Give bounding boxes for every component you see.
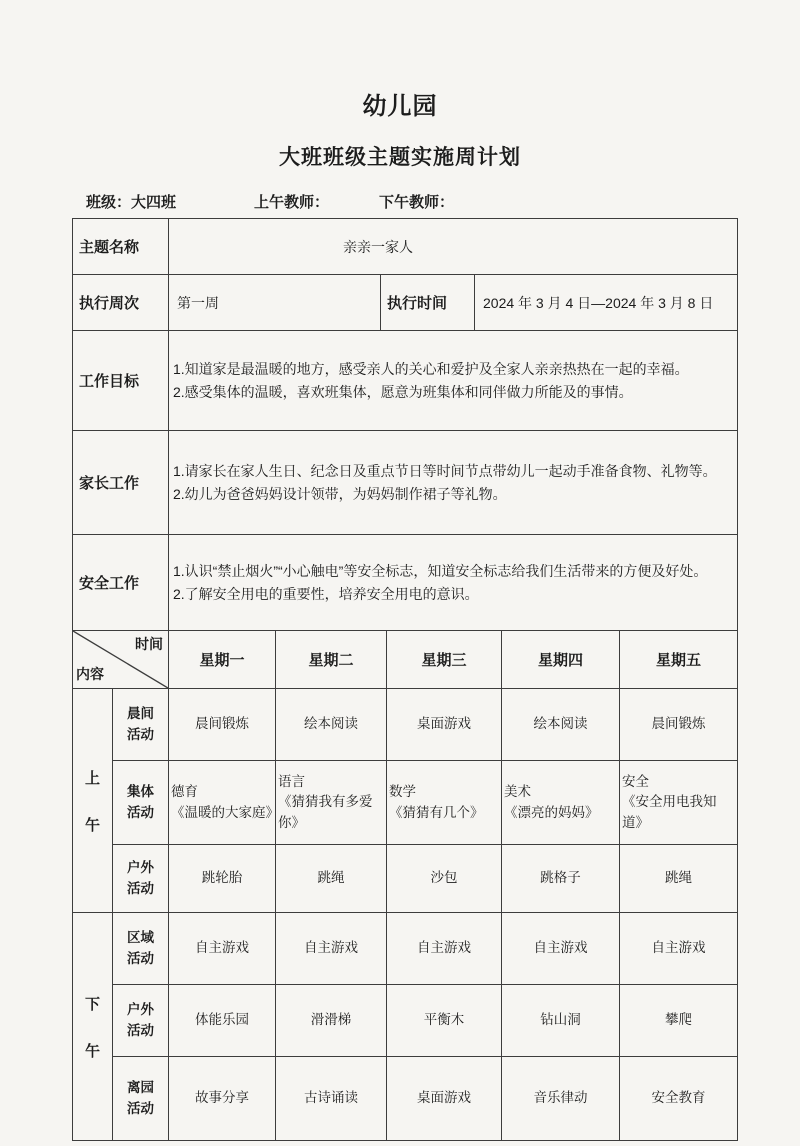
info-bar: 班级：大四班 上午教师： 下午教师： bbox=[72, 191, 737, 212]
schedule-cell: 晨间锻炼 bbox=[169, 689, 276, 761]
period-afternoon-char: 午 bbox=[85, 1040, 100, 1061]
week-label: 执行周次 bbox=[73, 275, 169, 331]
schedule-cell: 安全教育 bbox=[620, 1057, 738, 1141]
period-morning-char: 上 bbox=[85, 767, 100, 788]
parent-work-line: 2.幼儿为爸爸妈妈设计领带，为妈妈制作裙子等礼物。 bbox=[173, 484, 731, 505]
safety-work-text: 1.认识“禁止烟火”“小心触电”等安全标志，知道安全标志给我们生活带来的方便及好… bbox=[169, 535, 738, 631]
schedule-cell: 体能乐园 bbox=[169, 985, 276, 1057]
activity-type-morning-exercise: 晨间 活动 bbox=[113, 689, 169, 761]
time-value: 2024 年 3 月 4 日—2024 年 3 月 8 日 bbox=[475, 275, 738, 331]
safety-work-label: 安全工作 bbox=[73, 535, 169, 631]
schedule-cell: 绘本阅读 bbox=[502, 689, 620, 761]
parent-work-line: 1.请家长在家人生日、纪念日及重点节日等时间节点带幼儿一起动手准备食物、礼物等。 bbox=[173, 461, 731, 482]
period-morning-char: 午 bbox=[85, 814, 100, 835]
schedule-cell: 自主游戏 bbox=[620, 913, 738, 985]
time-label: 执行时间 bbox=[381, 275, 475, 331]
schedule-cell: 跳绳 bbox=[276, 845, 387, 913]
schedule-header-row: 时间 内容 星期一 星期二 星期三 星期四 星期五 bbox=[73, 631, 738, 689]
goal-text: 1.知道家是最温暖的地方，感受亲人的关心和爱护及全家人亲亲热热在一起的幸福。 2… bbox=[169, 331, 738, 431]
schedule-cell: 沙包 bbox=[387, 845, 502, 913]
goal-line: 2.感受集体的温暖，喜欢班集体，愿意为班集体和同伴做力所能及的事情。 bbox=[173, 382, 731, 403]
morning-exercise-row: 上 午 晨间 活动 晨间锻炼 绘本阅读 桌面游戏 绘本阅读 晨间锻炼 bbox=[73, 689, 738, 761]
activity-type-collective: 集体 活动 bbox=[113, 761, 169, 845]
schedule-cell: 桌面游戏 bbox=[387, 1057, 502, 1141]
region-activity-row: 下 午 区域 活动 自主游戏 自主游戏 自主游戏 自主游戏 自主游戏 bbox=[73, 913, 738, 985]
period-morning: 上 午 bbox=[73, 689, 113, 913]
week-row: 执行周次 第一周 执行时间 2024 年 3 月 4 日—2024 年 3 月 … bbox=[73, 275, 738, 331]
day-header-wednesday: 星期三 bbox=[387, 631, 502, 689]
goal-line: 1.知道家是最温暖的地方，感受亲人的关心和爱护及全家人亲亲热热在一起的幸福。 bbox=[173, 359, 731, 380]
schedule-cell: 跳轮胎 bbox=[169, 845, 276, 913]
schedule-cell: 自主游戏 bbox=[387, 913, 502, 985]
departure-activity-row: 离园 活动 故事分享 古诗诵读 桌面游戏 音乐律动 安全教育 bbox=[73, 1057, 738, 1141]
page-title: 幼儿园 bbox=[0, 0, 800, 121]
activity-type-region: 区域 活动 bbox=[113, 913, 169, 985]
day-header-friday: 星期五 bbox=[620, 631, 738, 689]
day-header-thursday: 星期四 bbox=[502, 631, 620, 689]
week-value: 第一周 bbox=[169, 275, 381, 331]
theme-label: 主题名称 bbox=[73, 219, 169, 275]
morning-outdoor-row: 户外 活动 跳轮胎 跳绳 沙包 跳格子 跳绳 bbox=[73, 845, 738, 913]
period-afternoon-char: 下 bbox=[85, 993, 100, 1014]
parent-work-row: 家长工作 1.请家长在家人生日、纪念日及重点节日等时间节点带幼儿一起动手准备食物… bbox=[73, 431, 738, 535]
schedule-cell: 自主游戏 bbox=[502, 913, 620, 985]
schedule-cell: 攀爬 bbox=[620, 985, 738, 1057]
day-header-tuesday: 星期二 bbox=[276, 631, 387, 689]
schedule-cell: 数学 《猜猜有几个》 bbox=[387, 761, 502, 845]
theme-row: 主题名称 亲亲一家人 bbox=[73, 219, 738, 275]
schedule-cell: 故事分享 bbox=[169, 1057, 276, 1141]
activity-type-outdoor-pm: 户外 活动 bbox=[113, 985, 169, 1057]
schedule-cell: 跳格子 bbox=[502, 845, 620, 913]
collective-activity-row: 集体 活动 德育 《温暖的大家庭》 语言 《猜猜我有多爱你》 数学 《猜猜有几个… bbox=[73, 761, 738, 845]
schedule-cell: 滑滑梯 bbox=[276, 985, 387, 1057]
activity-type-departure: 离园 活动 bbox=[113, 1057, 169, 1141]
safety-work-row: 安全工作 1.认识“禁止烟火”“小心触电”等安全标志，知道安全标志给我们生活带来… bbox=[73, 535, 738, 631]
page-subtitle: 大班班级主题实施周计划 bbox=[0, 141, 800, 171]
schedule-cell: 跳绳 bbox=[620, 845, 738, 913]
time-content-corner-cell: 时间 内容 bbox=[73, 631, 169, 689]
corner-content-label: 内容 bbox=[76, 664, 104, 684]
schedule-cell: 绘本阅读 bbox=[276, 689, 387, 761]
schedule-cell: 语言 《猜猜我有多爱你》 bbox=[276, 761, 387, 845]
goal-row: 工作目标 1.知道家是最温暖的地方，感受亲人的关心和爱护及全家人亲亲热热在一起的… bbox=[73, 331, 738, 431]
safety-work-line: 1.认识“禁止烟火”“小心触电”等安全标志，知道安全标志给我们生活带来的方便及好… bbox=[173, 561, 731, 582]
schedule-cell: 德育 《温暖的大家庭》 bbox=[169, 761, 276, 845]
schedule-cell: 晨间锻炼 bbox=[620, 689, 738, 761]
theme-value: 亲亲一家人 bbox=[169, 219, 738, 275]
goal-label: 工作目标 bbox=[73, 331, 169, 431]
schedule-cell: 钻山洞 bbox=[502, 985, 620, 1057]
pm-teacher-label: 下午教师： bbox=[379, 191, 454, 212]
parent-work-text: 1.请家长在家人生日、纪念日及重点节日等时间节点带幼儿一起动手准备食物、礼物等。… bbox=[169, 431, 738, 535]
schedule-cell: 自主游戏 bbox=[276, 913, 387, 985]
schedule-cell: 桌面游戏 bbox=[387, 689, 502, 761]
meta-table: 主题名称 亲亲一家人 执行周次 第一周 执行时间 2024 年 3 月 4 日—… bbox=[72, 218, 738, 631]
day-header-monday: 星期一 bbox=[169, 631, 276, 689]
parent-work-label: 家长工作 bbox=[73, 431, 169, 535]
schedule-cell: 音乐律动 bbox=[502, 1057, 620, 1141]
safety-work-line: 2.了解安全用电的重要性，培养安全用电的意识。 bbox=[173, 584, 731, 605]
schedule-cell: 美术 《漂亮的妈妈》 bbox=[502, 761, 620, 845]
am-teacher-label: 上午教师： bbox=[254, 191, 329, 212]
schedule-cell: 安全 《安全用电我知道》 bbox=[620, 761, 738, 845]
afternoon-outdoor-row: 户外 活动 体能乐园 滑滑梯 平衡木 钻山洞 攀爬 bbox=[73, 985, 738, 1057]
period-afternoon: 下 午 bbox=[73, 913, 113, 1141]
class-name-label: 班级：大四班 bbox=[86, 191, 176, 212]
weekly-plan-document: { "header": { "title": "幼儿园", "subtitle"… bbox=[0, 0, 800, 1146]
activity-type-outdoor-am: 户外 活动 bbox=[113, 845, 169, 913]
corner-time-label: 时间 bbox=[135, 634, 163, 654]
schedule-cell: 平衡木 bbox=[387, 985, 502, 1057]
schedule-cell: 自主游戏 bbox=[169, 913, 276, 985]
schedule-table: 时间 内容 星期一 星期二 星期三 星期四 星期五 上 午 晨间 活动 晨间锻炼… bbox=[72, 630, 738, 1141]
schedule-cell: 古诗诵读 bbox=[276, 1057, 387, 1141]
